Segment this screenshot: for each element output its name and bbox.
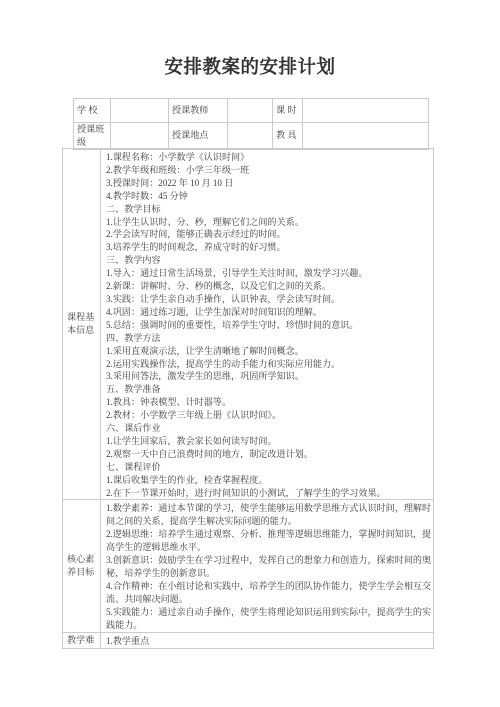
header-info-table: 学 校 授课教师 课 时 授课班级 授课地点 教 具 xyxy=(73,98,429,150)
teaching-difficulty-row: 教学难 1.教学重点 xyxy=(63,632,434,648)
header-row-2: 授课班级 授课地点 教 具 xyxy=(74,123,429,150)
class-value xyxy=(111,123,169,150)
teacher-label: 授课教师 xyxy=(169,99,228,123)
school-value xyxy=(111,99,169,123)
basic-info-label: 课程基本信息 xyxy=(63,149,101,500)
main-content-table: 课程基本信息 1.课程名称：小学数学《认识时间》 2.教学年级和班级：小学三年级… xyxy=(62,148,434,649)
location-label: 授课地点 xyxy=(169,123,228,150)
location-value xyxy=(228,123,273,150)
aids-value xyxy=(303,123,429,150)
class-label: 授课班级 xyxy=(74,123,111,150)
school-label: 学 校 xyxy=(74,99,111,123)
basic-info-row: 课程基本信息 1.课程名称：小学数学《认识时间》 2.教学年级和班级：小学三年级… xyxy=(63,149,434,500)
period-label: 课 时 xyxy=(273,99,303,123)
core-literacy-row: 核心素养目标 1.数学素养：通过本节课的学习，使学生能够运用数学思维方式认识时间… xyxy=(63,500,434,632)
teaching-difficulty-label: 教学难 xyxy=(63,632,101,648)
core-literacy-label: 核心素养目标 xyxy=(63,500,101,632)
period-value xyxy=(303,99,429,123)
core-literacy-content: 1.数学素养：通过本节课的学习，使学生能够运用数学思维方式认识时间，理解时间之间… xyxy=(101,500,434,632)
document-title: 安排教案的安排计划 xyxy=(0,53,500,79)
aids-label: 教 具 xyxy=(273,123,303,150)
basic-info-content: 1.课程名称：小学数学《认识时间》 2.教学年级和班级：小学三年级一班 3.授课… xyxy=(101,149,434,500)
teacher-value xyxy=(228,99,273,123)
header-row-1: 学 校 授课教师 课 时 xyxy=(74,99,429,123)
document-page: 安排教案的安排计划 学 校 授课教师 课 时 授课班级 授课地点 教 具 课程 xyxy=(0,0,500,707)
teaching-difficulty-content: 1.教学重点 xyxy=(101,632,434,648)
